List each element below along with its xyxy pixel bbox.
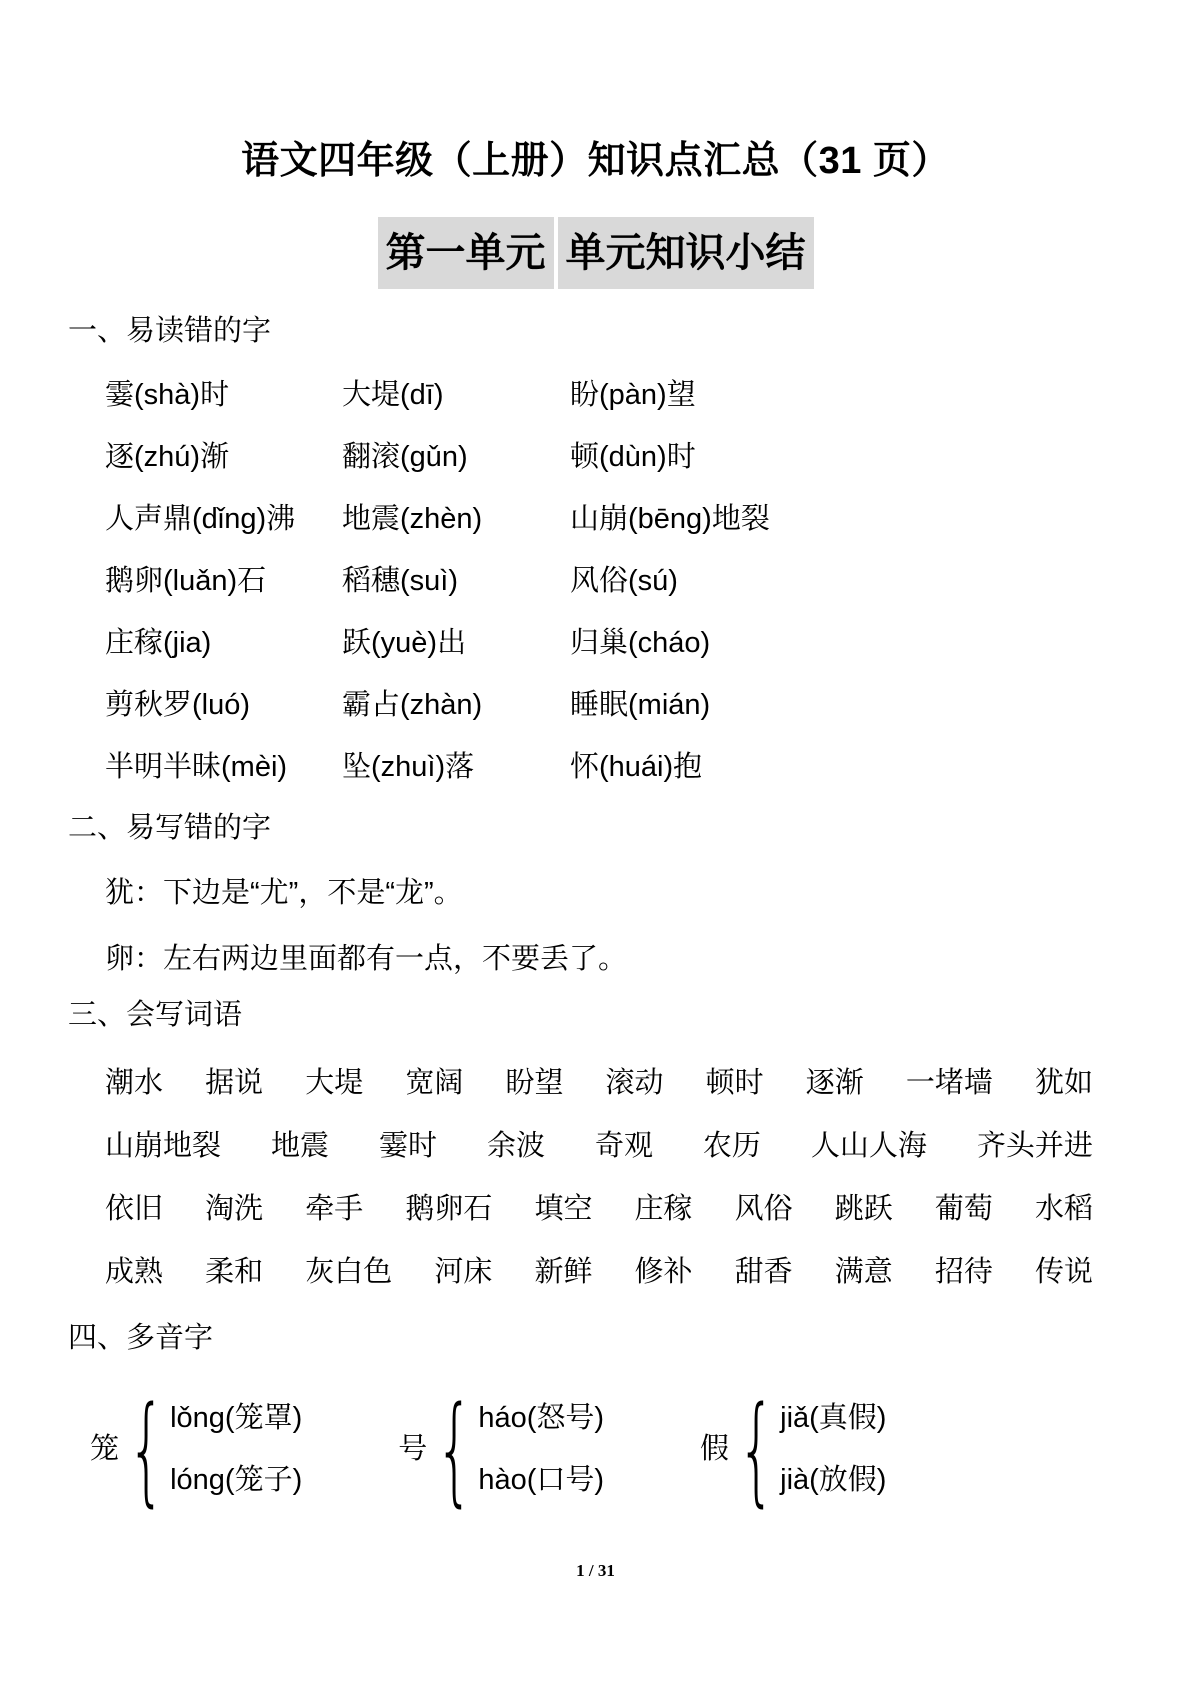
word: 满意 [835, 1241, 893, 1304]
word-entry: 地震(zhèn) [342, 488, 570, 550]
miswritten-note: 卵：左右两边里面都有一点，不要丢了。 [105, 926, 1123, 992]
word-list-line: 潮水据说大堤宽阔盼望滚动顿时逐渐一堵墙犹如 [105, 1052, 1093, 1115]
unit-header-subtitle: 单元知识小结 [558, 217, 814, 289]
word-entry: 剪秋罗(luó) [105, 674, 342, 736]
word: 河床 [434, 1241, 492, 1304]
word-entry: 归巢(cháo) [570, 612, 1123, 674]
word: 地震 [271, 1115, 329, 1178]
section-heading-miswritten: 二、易写错的字 [68, 810, 1123, 846]
word: 修补 [635, 1241, 693, 1304]
section-heading-misread: 一、易读错的字 [68, 313, 1123, 349]
misread-word-row: 剪秋罗(luó)霸占(zhàn)睡眠(mián) [105, 674, 1123, 736]
section-misread-characters: 一、易读错的字 霎(shà)时大堤(dī)盼(pàn)望 逐(zhú)渐翻滚(g… [68, 313, 1123, 798]
unit-header-number: 第一单元 [378, 217, 554, 289]
word: 大堤 [305, 1052, 363, 1115]
word: 跳跃 [835, 1178, 893, 1241]
polyphone-group-jia: 假 { jiǎ(真假) jià(放假) [700, 1390, 886, 1508]
word-list: 潮水据说大堤宽阔盼望滚动顿时逐渐一堵墙犹如 山崩地裂地震霎时余波奇观农历人山人海… [105, 1052, 1093, 1304]
word-entry: 顿(dùn)时 [570, 426, 1123, 488]
word: 余波 [487, 1115, 545, 1178]
word: 一堵墙 [906, 1052, 993, 1115]
word: 山崩地裂 [105, 1115, 221, 1178]
document-page: 语文四年级（上册）知识点汇总（31 页） 第一单元单元知识小结 一、易读错的字 … [0, 0, 1191, 1684]
document-title: 语文四年级（上册）知识点汇总（31 页） [68, 0, 1123, 183]
misread-word-row: 霎(shà)时大堤(dī)盼(pàn)望 [105, 364, 1123, 426]
curly-brace-icon: { [738, 1390, 776, 1508]
word-entry: 坠(zhuì)落 [342, 736, 570, 798]
section-heading-polyphonic: 四、多音字 [68, 1320, 1123, 1356]
word-list-line: 山崩地裂地震霎时余波奇观农历人山人海齐头并进 [105, 1115, 1093, 1178]
word-entry: 翻滚(gǔn) [342, 426, 570, 488]
word-entry: 霸占(zhàn) [342, 674, 570, 736]
misread-word-row: 庄稼(jia)跃(yuè)出归巢(cháo) [105, 612, 1123, 674]
word-entry: 跃(yuè)出 [342, 612, 570, 674]
word: 新鲜 [534, 1241, 592, 1304]
word: 顿时 [706, 1052, 764, 1115]
polyphone-reading: lǒng(笼罩) [170, 1400, 302, 1436]
word-entry: 庄稼(jia) [105, 612, 342, 674]
word: 柔和 [205, 1241, 263, 1304]
word: 鹅卵石 [405, 1178, 492, 1241]
word-list-line: 依旧淘洗牵手鹅卵石填空庄稼风俗跳跃葡萄水稻 [105, 1178, 1093, 1241]
polyphone-readings: háo(怒号) hào(口号) [478, 1400, 604, 1498]
word: 招待 [935, 1241, 993, 1304]
word-entry: 逐(zhú)渐 [105, 426, 342, 488]
polyphone-group-hao: 号 { háo(怒号) hào(口号) [398, 1390, 604, 1508]
word-entry: 盼(pàn)望 [570, 364, 1123, 426]
word-entry: 人声鼎(dǐng)沸 [105, 488, 342, 550]
polyphone-row: 笼 { lǒng(笼罩) lóng(笼子) 号 { háo(怒号) hào(口号… [90, 1390, 1123, 1508]
word: 农历 [703, 1115, 761, 1178]
curly-brace-icon: { [436, 1390, 474, 1508]
word: 葡萄 [935, 1178, 993, 1241]
polyphone-base-char: 号 [398, 1435, 427, 1464]
word-entry: 鹅卵(luǎn)石 [105, 550, 342, 612]
polyphone-base-char: 笼 [90, 1435, 119, 1464]
misread-word-grid: 霎(shà)时大堤(dī)盼(pàn)望 逐(zhú)渐翻滚(gǔn)顿(dùn… [105, 364, 1123, 798]
page-number: 1 / 31 [0, 1561, 1191, 1581]
word: 人山人海 [811, 1115, 927, 1178]
word-entry: 风俗(sú) [570, 550, 1123, 612]
miswritten-note: 犹：下边是“尤”，不是“龙”。 [105, 860, 1123, 926]
polyphone-readings: lǒng(笼罩) lóng(笼子) [170, 1400, 302, 1498]
word: 盼望 [505, 1052, 563, 1115]
word-entry: 半明半昧(mèi) [105, 736, 342, 798]
polyphone-reading: háo(怒号) [478, 1400, 604, 1436]
word: 成熟 [105, 1241, 163, 1304]
polyphone-readings: jiǎ(真假) jià(放假) [780, 1400, 886, 1498]
section-polyphonic-characters: 四、多音字 笼 { lǒng(笼罩) lóng(笼子) 号 { háo(怒号) … [68, 1320, 1123, 1508]
word: 牵手 [305, 1178, 363, 1241]
word: 潮水 [105, 1052, 163, 1115]
polyphone-base-char: 假 [700, 1435, 729, 1464]
section-heading-words: 三、会写词语 [68, 997, 1123, 1033]
polyphone-group-long: 笼 { lǒng(笼罩) lóng(笼子) [90, 1390, 302, 1508]
word: 淘洗 [205, 1178, 263, 1241]
word: 甜香 [735, 1241, 793, 1304]
misread-word-row: 鹅卵(luǎn)石稻穗(suì)风俗(sú) [105, 550, 1123, 612]
curly-brace-icon: { [128, 1390, 166, 1508]
word-entry: 大堤(dī) [342, 364, 570, 426]
polyphone-reading: jià(放假) [780, 1462, 886, 1498]
misread-word-row: 人声鼎(dǐng)沸地震(zhèn)山崩(bēng)地裂 [105, 488, 1123, 550]
word-entry: 睡眠(mián) [570, 674, 1123, 736]
polyphone-reading: jiǎ(真假) [780, 1400, 886, 1436]
word: 奇观 [595, 1115, 653, 1178]
word: 水稻 [1035, 1178, 1093, 1241]
page-content: 语文四年级（上册）知识点汇总（31 页） 第一单元单元知识小结 一、易读错的字 … [0, 0, 1191, 1508]
section-words-to-write: 三、会写词语 潮水据说大堤宽阔盼望滚动顿时逐渐一堵墙犹如 山崩地裂地震霎时余波奇… [68, 997, 1123, 1304]
word: 传说 [1035, 1241, 1093, 1304]
word: 逐渐 [806, 1052, 864, 1115]
word-entry: 稻穗(suì) [342, 550, 570, 612]
word: 齐头并进 [977, 1115, 1093, 1178]
polyphone-reading: lóng(笼子) [170, 1462, 302, 1498]
misread-word-row: 逐(zhú)渐翻滚(gǔn)顿(dùn)时 [105, 426, 1123, 488]
unit-header: 第一单元单元知识小结 [68, 217, 1123, 289]
word: 灰白色 [305, 1241, 392, 1304]
word: 犹如 [1035, 1052, 1093, 1115]
word: 滚动 [606, 1052, 664, 1115]
word-entry: 怀(huái)抱 [570, 736, 1123, 798]
word-list-line: 成熟柔和灰白色河床新鲜修补甜香满意招待传说 [105, 1241, 1093, 1304]
word: 依旧 [105, 1178, 163, 1241]
word-entry: 霎(shà)时 [105, 364, 342, 426]
word: 霎时 [379, 1115, 437, 1178]
misread-word-row: 半明半昧(mèi)坠(zhuì)落怀(huái)抱 [105, 736, 1123, 798]
word-entry: 山崩(bēng)地裂 [570, 488, 1123, 550]
word: 庄稼 [635, 1178, 693, 1241]
word: 据说 [205, 1052, 263, 1115]
word: 风俗 [735, 1178, 793, 1241]
section-miswritten-characters: 二、易写错的字 犹：下边是“尤”，不是“龙”。 卵：左右两边里面都有一点，不要丢… [68, 810, 1123, 992]
word: 宽阔 [405, 1052, 463, 1115]
polyphone-reading: hào(口号) [478, 1462, 604, 1498]
miswritten-notes: 犹：下边是“尤”，不是“龙”。 卵：左右两边里面都有一点，不要丢了。 [68, 860, 1123, 992]
word: 填空 [534, 1178, 592, 1241]
